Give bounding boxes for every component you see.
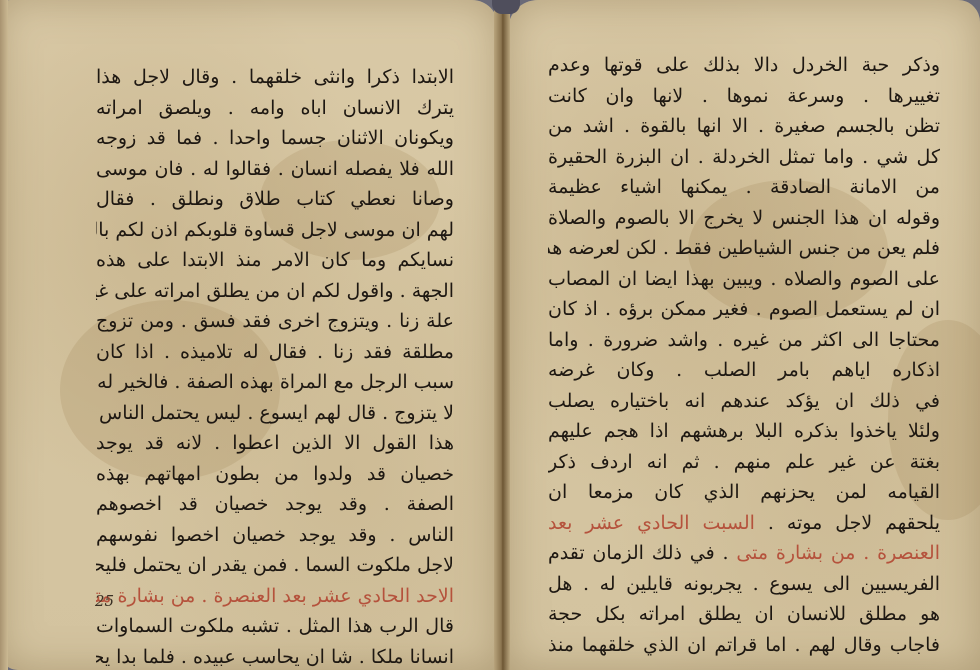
text-line: العنصرة . من بشارة متى . في ذلك الزمان ت…	[548, 538, 940, 569]
text-line: وقوله ان هذا الجنس لا يخرج الا بالصوم وا…	[548, 203, 940, 234]
text-line: اذكاره اياهم بامر الصلب . وكان غرضه	[548, 355, 940, 386]
rubric-span: العنصرة . من بشارة متى	[736, 542, 940, 564]
text-line: قال الرب هذا المثل . تشبه ملكوت السماوات	[96, 611, 454, 642]
text-line: يلحقهم لاجل موته . السبت الحادي عشر بعد	[548, 508, 940, 539]
text-line: لاجل ملكوت السما . فمن يقدر ان يحتمل فلي…	[96, 550, 454, 581]
text-line: الفريسيين الى يسوع . يجربونه قايلين له .…	[548, 569, 940, 600]
text-line: لا يتزوج . قال لهم ايسوع . ليس يحتمل الن…	[96, 398, 454, 429]
text-line: فاجاب وقال لهم . اما قراتم ان الذي خلقهم…	[548, 630, 940, 661]
rubric-span: السبت الحادي عشر بعد	[548, 512, 755, 534]
text-line: انسانا ملكا . شا ان يحاسب عبيده . فلما ب…	[96, 642, 454, 670]
spine-gap	[492, 0, 520, 14]
text-line: بغتة عن غير علم منهم . ثم انه اردف ذكر	[548, 447, 940, 478]
text-line: ويكونان الاثنان جسما واحدا . فما قد زوجه	[96, 123, 454, 154]
text-line: ان لم يستعمل الصوم . فغير ممكن برؤه . اذ…	[548, 294, 940, 325]
text-line: محتاجا الى اكثر من غيره . واشد ضرورة . و…	[548, 325, 940, 356]
text-line: مطلقة فقد زنا . فقال له تلاميذه . اذا كا…	[96, 337, 454, 368]
text-line: وذكر حبة الخردل دالا بذلك على قوتها وعدم	[548, 50, 940, 81]
folio-number: 25	[95, 592, 114, 610]
text-line: الناس . وقد يوجد خصيان اخصوا نفوسهم	[96, 520, 454, 551]
text-line: هو مطلق للانسان ان يطلق امراته بكل حجة	[548, 599, 940, 630]
text-line: لهم ان موسى لاجل قساوة قلوبكم اذن لكم با…	[96, 215, 454, 246]
text-line: يترك الانسان اباه وامه . ويلصق امراته	[96, 93, 454, 124]
text-line: الابتدا ذكرا وانثى خلقهما . وقال لاجل هذ…	[96, 62, 454, 93]
text-line: على الصوم والصلاه . ويبين بهذا ايضا ان ا…	[548, 264, 940, 295]
left-page-edge	[0, 0, 8, 670]
text-line: الصفة . وقد يوجد خصيان قد اخصوهم	[96, 489, 454, 520]
text-line: من الامانة الصادقة . يمكنها اشياء عظيمة	[548, 172, 940, 203]
text-line: كل شي . واما تمثل الخردلة . ان البزرة ال…	[548, 142, 940, 173]
text-line: علة زنا . ويتزوج اخرى فقد فسق . ومن تزوج	[96, 306, 454, 337]
text-line: وصانا نعطي كتاب طلاق ونطلق . فقال	[96, 184, 454, 215]
text-line: فلم يعن من جنس الشياطين فقط . لكن لعرضه …	[548, 233, 940, 264]
text-line: ولئلا ياخذوا بذكره البلا برهشهم اذا هجم …	[548, 416, 940, 447]
text-line: تظن بالجسم صغيرة . الا انها بالقوة . اشد…	[548, 111, 940, 142]
rubric-line: الاحد الحادي عشر بعد العنصرة . من بشارة …	[96, 581, 454, 612]
text-line: نسايكم وما كان الامر منذ الابتدا على هذه	[96, 245, 454, 276]
text-line: تغييرها . وسرعة نموها . لانها وان كانت	[548, 81, 940, 112]
left-page: الابتدا ذكرا وانثى خلقهما . وقال لاجل هذ…	[0, 0, 498, 670]
text-line: القيامه لمن يحزنهم الذي كان مزمعا ان	[548, 477, 940, 508]
book-gutter	[494, 0, 510, 670]
text-line: الله فلا يفصله انسان . فقالوا له . فان م…	[96, 154, 454, 185]
text-line: في ذلك ان يؤكد عندهم انه باختياره يصلب	[548, 386, 940, 417]
text-line: سبب الرجل مع المراة بهذه الصفة . فالخير …	[96, 367, 454, 398]
text-line: الجهة . واقول لكم ان من يطلق امراته على …	[96, 276, 454, 307]
text-line: هذا القول الا الذين اعطوا . لانه قد يوجد	[96, 428, 454, 459]
right-page-text: وذكر حبة الخردل دالا بذلك على قوتها وعدم…	[548, 50, 940, 660]
text-line: خصيان قد ولدوا من بطون امهاتهم بهذه	[96, 459, 454, 490]
left-page-text: الابتدا ذكرا وانثى خلقهما . وقال لاجل هذ…	[96, 62, 454, 670]
